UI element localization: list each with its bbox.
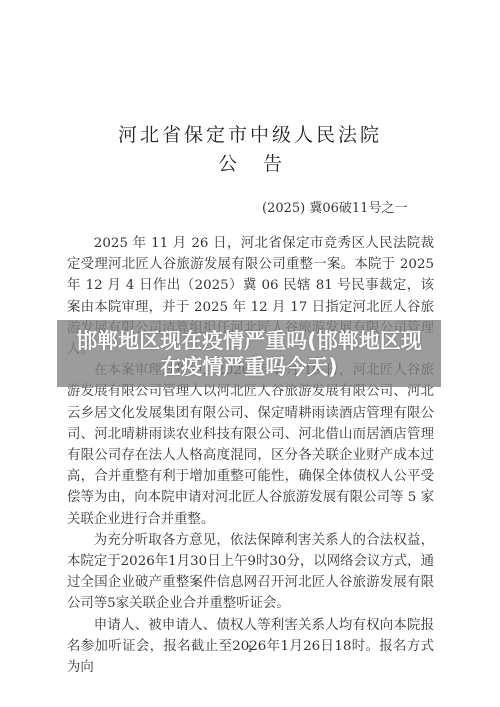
- headline-line-2: 在疫情严重吗今天): [160, 354, 338, 380]
- court-name-heading: 河北省保定市中级人民法院: [0, 120, 500, 147]
- headline-line-1: 邯郸地区现在疫情严重吗(邯郸地区现: [76, 328, 422, 354]
- page-number: 1: [0, 645, 500, 655]
- notice-heading: 公告: [0, 149, 500, 176]
- paragraph-hearing-schedule: 为充分听取各方意见，依法保障利害关系人的合法权益，本院定于2026年1月30日上…: [67, 530, 434, 615]
- document-page: 河北省保定市中级人民法院 公告 (2025) 冀06破11号之一 2025 年 …: [0, 0, 500, 707]
- headline-overlay-banner: 邯郸地区现在疫情严重吗(邯郸地区现 在疫情严重吗今天): [57, 320, 441, 387]
- case-number: (2025) 冀06破11号之一: [262, 197, 407, 216]
- notice-heading-char-2: 告: [263, 153, 282, 175]
- notice-heading-char-1: 公: [218, 153, 237, 175]
- notice-body: 2025 年 11 月 26 日，河北省保定市竞秀区人民法院裁定受理河北匠人谷旅…: [67, 233, 434, 678]
